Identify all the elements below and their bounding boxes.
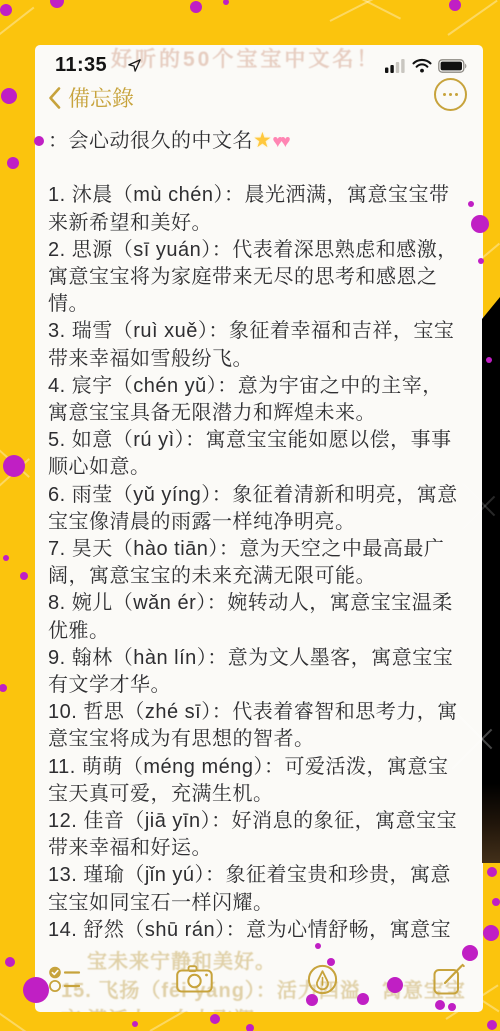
compose-button[interactable]: [433, 963, 466, 995]
compose-icon: [433, 963, 466, 995]
decor-dot: [23, 977, 49, 1003]
decor-dot: [306, 994, 318, 1006]
checklist-button[interactable]: [48, 965, 81, 993]
decor-dot: [486, 357, 492, 363]
more-options-button[interactable]: [434, 78, 467, 111]
wifi-icon: [412, 58, 432, 73]
blank-line: [48, 155, 462, 182]
battery-icon: [438, 59, 468, 73]
decor-dot: [478, 258, 484, 264]
decor-dot: [7, 157, 19, 169]
name-entry: 2. 思源（sī yuán）：代表着深思熟虑和感激，寓意宝宝将为家庭带来无尽的思…: [48, 237, 462, 319]
name-entry: 9. 翰林（hàn lín）：意为文人墨客，寓意宝宝有文学才华。: [48, 645, 462, 699]
notes-toolbar: [35, 954, 483, 1004]
decor-dot: [448, 1003, 456, 1011]
decor-dot: [468, 201, 474, 207]
name-entry: 10. 哲思（zhé sī）：代表着睿智和思考力，寓意宝宝将成为有思想的智者。: [48, 699, 462, 753]
decor-dot: [487, 867, 497, 877]
decor-dot: [315, 943, 321, 949]
two-hearts-emoji: ♥♥: [272, 131, 287, 151]
name-entry: 7. 昊天（hào tiān）：意为天空之中最高最广阔，寓意宝宝的未来充满无限可…: [48, 536, 462, 590]
decor-dot: [190, 1, 202, 13]
decor-dot: [1, 88, 17, 104]
decor-dot: [34, 136, 44, 146]
notes-app-screen: 好听的50个宝宝中文名！ 11:35: [35, 45, 483, 1012]
status-time: 11:35: [55, 54, 107, 77]
name-entry: 13. 瑾瑜（jǐn yú）：象征着宝贵和珍贵，寓意宝宝如同宝石一样闪耀。: [48, 862, 462, 916]
decor-dot: [210, 1014, 220, 1024]
name-entry: 14. 舒然（shū rán）：意为心情舒畅，寓意宝: [48, 917, 462, 944]
decor-dot: [132, 1021, 138, 1027]
cellular-signal-icon: [385, 58, 406, 73]
note-title: ：会心动很久的中文名★♥♥: [48, 127, 462, 155]
decor-dot: [0, 4, 12, 16]
chevron-left-icon: [48, 86, 61, 110]
name-entry: 6. 雨莹（yǔ yíng）：象征着清新和明亮，寓意宝宝像清晨的雨露一样纯净明亮…: [48, 482, 462, 536]
decor-dot: [387, 977, 403, 993]
decor-dot: [20, 572, 28, 580]
decor-black-strip: [482, 297, 500, 863]
decor-dot: [3, 455, 25, 477]
name-entry: 3. 瑞雪（ruì xuě）：象征着幸福和吉祥，宝宝带来幸福如雪般纷飞。: [48, 318, 462, 372]
decor-dot: [5, 957, 15, 967]
status-icons: [385, 58, 468, 73]
screenshot-stage: 好听的50个宝宝中文名！ 11:35: [0, 0, 500, 1031]
checklist-icon: [48, 965, 81, 993]
decor-dot: [471, 215, 489, 233]
name-entry: 12. 佳音（jiā yīn）：好消息的象征，寓意宝宝带来幸福和好运。: [48, 808, 462, 862]
decor-dot: [246, 1024, 254, 1031]
name-entry: 5. 如意（rú yì）：寓意宝宝能如愿以偿，事事顺心如意。: [48, 427, 462, 481]
ghost-watermark-top: 好听的50个宝宝中文名！: [111, 45, 380, 73]
decor-dot: [327, 958, 335, 966]
decor-dot: [3, 555, 9, 561]
decor-dot: [492, 898, 500, 906]
decor-dot: [357, 993, 369, 1005]
name-entry: 8. 婉儿（wǎn ér）：婉转动人，寓意宝宝温柔优雅。: [48, 590, 462, 644]
back-button[interactable]: 備忘錄: [48, 82, 134, 113]
note-content[interactable]: ：会心动很久的中文名★♥♥ 1. 沐晨（mù chén）：晨光洒满，寓意宝宝带来…: [48, 127, 462, 944]
name-entry: 11. 萌萌（méng méng）：可爱活泼，寓意宝宝天真可爱，充满生机。: [48, 754, 462, 808]
back-button-label: 備忘錄: [68, 82, 134, 113]
ghost-watermark-bottom: 满活力，自由飞翔。: [87, 1003, 276, 1012]
decor-dot: [483, 925, 499, 941]
markup-pen-icon: [307, 964, 338, 995]
decor-dot: [487, 1020, 497, 1030]
name-entry: 1. 沐晨（mù chén）：晨光洒满，寓意宝宝带来新希望和美好。: [48, 182, 462, 236]
decor-dot: [435, 1000, 445, 1010]
decor-dot: [462, 945, 478, 961]
camera-icon: [176, 965, 213, 993]
markup-button[interactable]: [307, 964, 338, 995]
camera-button[interactable]: [176, 965, 213, 993]
name-entry: 4. 宸宇（chén yǔ）：意为宇宙之中的主宰，寓意宝宝具备无限潜力和辉煌未来…: [48, 373, 462, 427]
name-list: 1. 沐晨（mù chén）：晨光洒满，寓意宝宝带来新希望和美好。2. 思源（s…: [48, 182, 462, 944]
location-arrow-icon: [127, 58, 142, 73]
glowing-star-emoji: ★: [253, 129, 272, 152]
ellipsis-icon: [443, 93, 446, 96]
